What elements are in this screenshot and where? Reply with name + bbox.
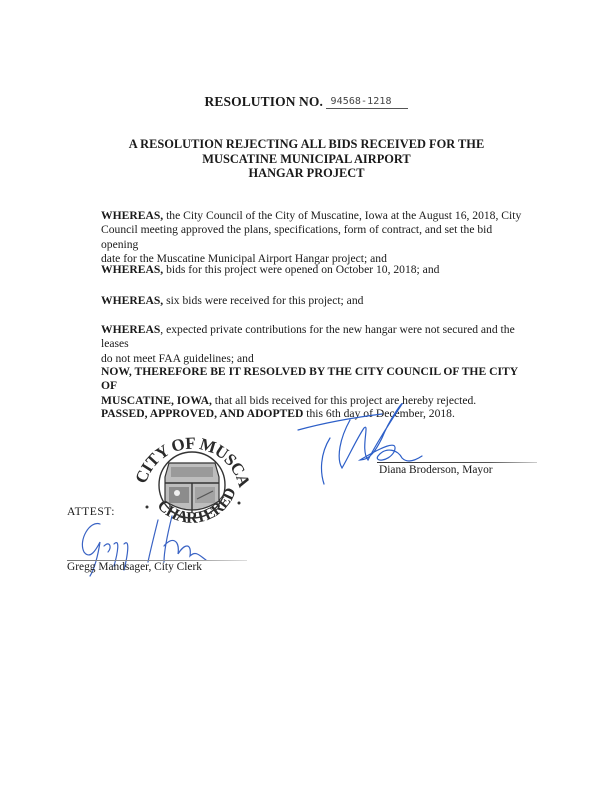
paragraph-text: , expected private contributions for the… (101, 323, 515, 350)
resolution-number-heading: RESOLUTION NO. 94568-1218 (0, 94, 613, 110)
whereas-paragraph-4: WHEREAS, expected private contributions … (101, 323, 531, 366)
whereas-paragraph-2: WHEREAS, bids for this project were open… (101, 263, 531, 277)
whereas-lead: WHEREAS, (101, 209, 163, 222)
paragraph-text: the City Council of the City of Muscatin… (163, 209, 521, 222)
whereas-lead: WHEREAS, (101, 263, 163, 276)
whereas-paragraph-3: WHEREAS, six bids were received for this… (101, 294, 531, 308)
whereas-lead: WHEREAS, (101, 294, 163, 307)
paragraph-text: Council meeting approved the plans, spec… (101, 223, 531, 252)
mayor-signature-line (377, 462, 537, 463)
whereas-lead: WHEREAS (101, 323, 160, 336)
title-line: MUSCATINE MUNICIPAL AIRPORT (0, 152, 613, 167)
resolved-lead: NOW, THEREFORE BE IT RESOLVED BY THE CIT… (101, 365, 531, 394)
resolution-label: RESOLUTION NO. (205, 94, 323, 109)
title-line: A RESOLUTION REJECTING ALL BIDS RECEIVED… (0, 137, 613, 152)
paragraph-text: six bids were received for this project;… (163, 294, 363, 307)
paragraph-text: bids for this project were opened on Oct… (163, 263, 439, 276)
clerk-name-title: Gregg Mandsager, City Clerk (67, 561, 202, 574)
resolution-number: 94568-1218 (326, 96, 408, 109)
resolution-page: RESOLUTION NO. 94568-1218 A RESOLUTION R… (0, 0, 613, 800)
whereas-paragraph-1: WHEREAS, the City Council of the City of… (101, 209, 531, 267)
resolved-lead-city: MUSCATINE, IOWA, (101, 394, 212, 407)
resolution-title: A RESOLUTION REJECTING ALL BIDS RECEIVED… (0, 137, 613, 181)
title-line: HANGAR PROJECT (0, 166, 613, 181)
mayor-name-title: Diana Broderson, Mayor (379, 464, 493, 477)
